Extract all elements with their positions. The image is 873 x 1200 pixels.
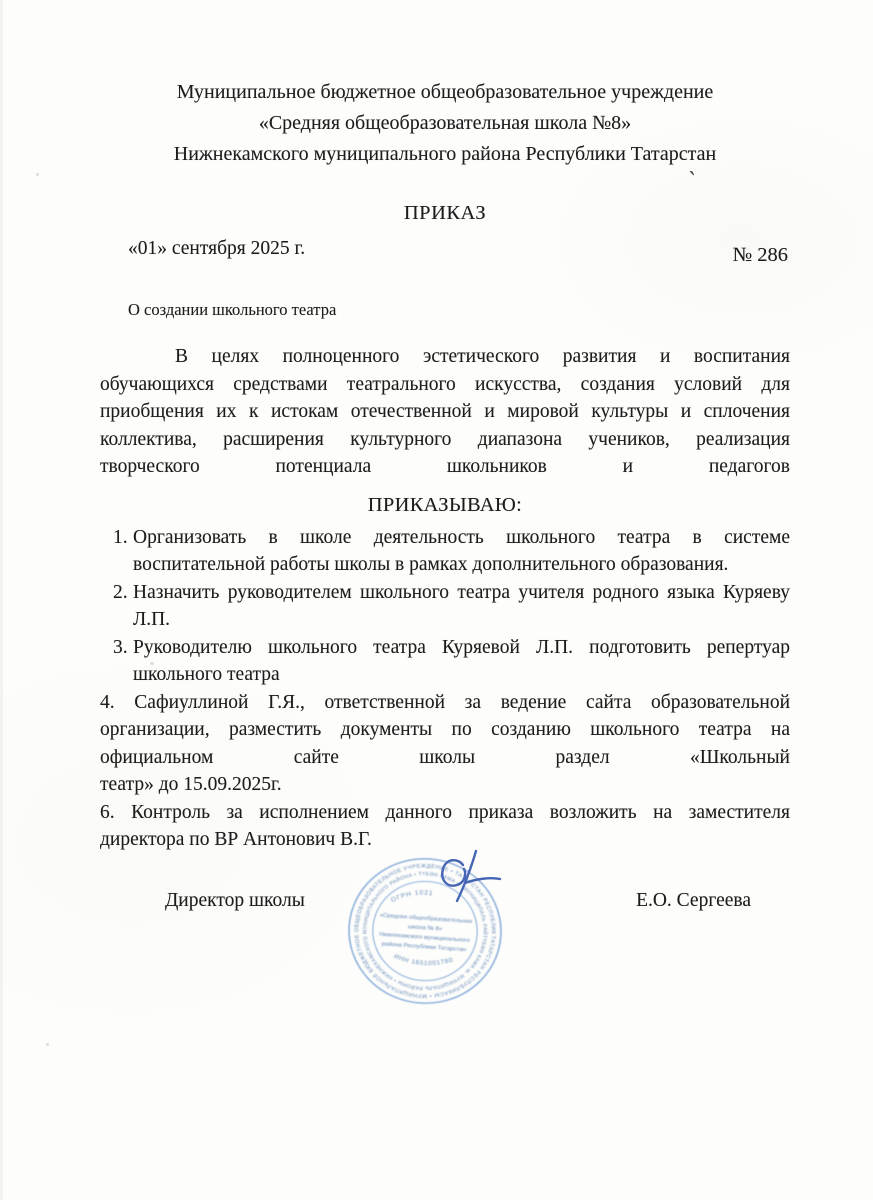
resolution-heading: ПРИКАЗЫВАЮ: — [100, 494, 790, 517]
scan-artifact-speck — [46, 1043, 49, 1046]
item-line: официальном сайте школы раздел «Школьный — [100, 744, 790, 772]
preamble-line: обучающихся средствами театрального иску… — [100, 371, 790, 399]
scan-artifact-speck — [36, 173, 39, 176]
stamp-inn-text: ИНН 1651001780 — [392, 952, 454, 969]
scan-artifact-accent: ` — [685, 168, 697, 196]
org-header-line: Муниципальное бюджетное общеобразователь… — [100, 77, 790, 108]
order-item-1: 1. Организовать в школе деятельность шко… — [100, 524, 790, 579]
org-header-line: «Средняя общеобразовательная школа №8» — [100, 108, 790, 139]
svg-text:ИНН 1651001780: ИНН 1651001780 — [392, 952, 454, 969]
scanned-order-document: Муниципальное бюджетное общеобразователь… — [0, 0, 873, 1200]
signer-name: Е.О. Сергеева — [636, 890, 751, 912]
item-line: 6. Контроль за исполнением данного прика… — [100, 799, 790, 827]
date-number-row: «01» сентября 2025 г. № 286 — [100, 238, 790, 267]
org-header-line: Нижнекамского муниципального района Респ… — [100, 139, 790, 170]
order-items-list: 1. Организовать в школе деятельность шко… — [100, 524, 790, 854]
item-number: 2. — [113, 579, 128, 607]
item-line: школьного театра — [133, 661, 790, 689]
scan-edge-shadow — [0, 0, 3, 1200]
organization-header: Муниципальное бюджетное общеобразователь… — [100, 77, 790, 170]
signer-position: Директор школы — [165, 890, 305, 912]
order-item-2: 2. Назначить руководителем школьного теа… — [100, 579, 790, 634]
preamble-line: В целях полноценного эстетического разви… — [100, 343, 790, 371]
preamble-line: коллектива, расширения культурного диапа… — [100, 426, 790, 454]
stamp-center-line: «Средняя общеобразовательная — [379, 913, 472, 925]
item-line: Назначить руководителем школьного театра… — [133, 579, 790, 607]
item-line: 4. Сафиуллиной Г.Я., ответственной за ве… — [100, 689, 790, 717]
stamp-center-line: школа № 8» — [408, 923, 443, 932]
item-line: воспитательной работы школы в рамках доп… — [133, 551, 790, 579]
item-line: театр» до 15.09.2025г. — [100, 771, 790, 799]
order-number: № 286 — [733, 244, 788, 267]
order-date: «01» сентября 2025 г. — [128, 238, 305, 260]
item-line: Л.П. — [133, 606, 790, 634]
director-signature — [420, 843, 520, 913]
order-subject: О создании школьного театра — [128, 300, 790, 320]
scan-artifact-speck — [150, 662, 154, 665]
order-item-4: 4. Сафиуллиной Г.Я., ответственной за ве… — [100, 689, 790, 799]
item-line: Руководителю школьного театра Куряевой Л… — [133, 634, 790, 662]
item-line: организации, разместить документы по соз… — [100, 716, 790, 744]
item-line: Организовать в школе деятельность школьн… — [133, 524, 790, 552]
item-number: 3. — [113, 634, 128, 662]
preamble-line: приобщения их к истокам отечественной и … — [100, 398, 790, 426]
preamble-line: творческого потенциала школьников и педа… — [100, 453, 790, 481]
order-item-3: 3. Руководителю школьного театра Куряево… — [100, 634, 790, 689]
preamble-paragraph: В целях полноценного эстетического разви… — [100, 343, 790, 481]
order-title: ПРИКАЗ — [100, 202, 790, 225]
item-number: 1. — [113, 524, 128, 552]
